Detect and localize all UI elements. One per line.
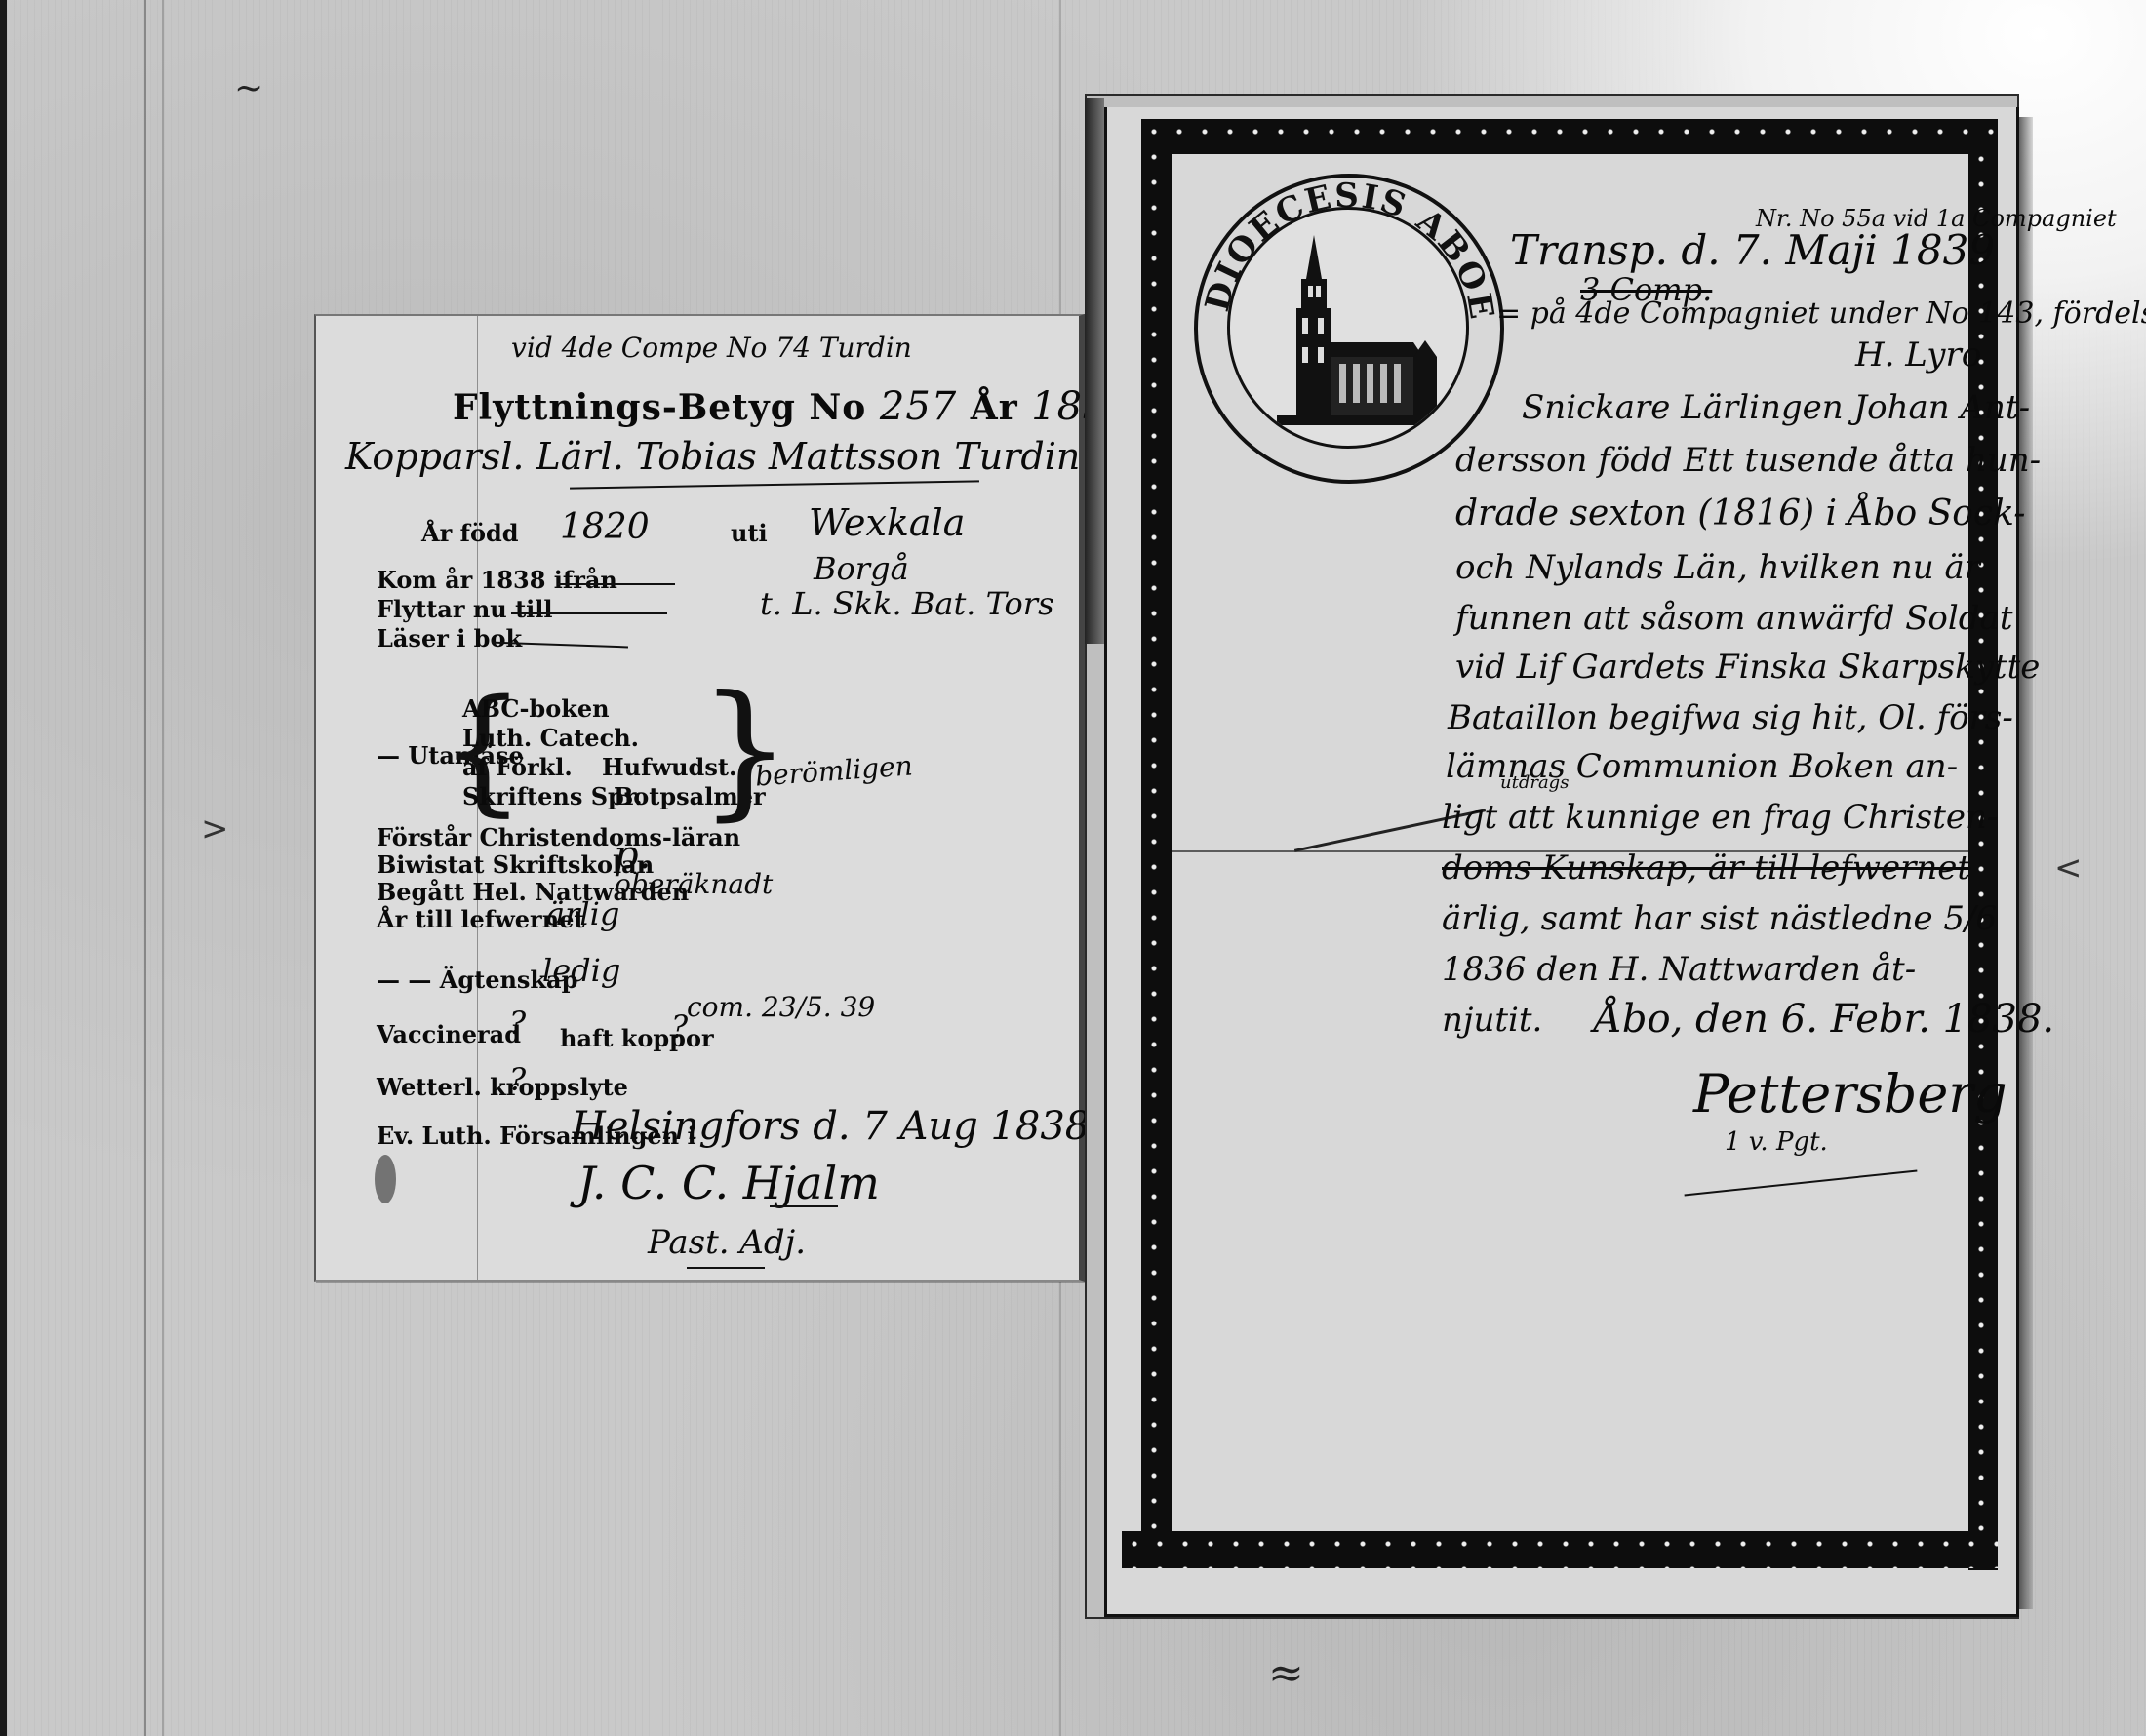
underline (570, 480, 979, 489)
signature-underline (687, 1267, 765, 1269)
signature: J. C. C. Hjalm (577, 1157, 880, 1209)
born-year: 1820 (560, 507, 650, 547)
year-label: År (971, 387, 1018, 428)
fold-line (162, 0, 164, 1736)
communion-note: com. 23/5. 39 (687, 991, 875, 1023)
marital-value: ledig (542, 952, 620, 989)
shadow (1085, 98, 1104, 644)
defect-label: Wetterl. kroppslyte (377, 1073, 628, 1101)
fold-line (144, 0, 146, 1736)
reads-label: Läser i bok (377, 624, 522, 652)
body-line: funnen att såsom anwärfd Soldat (1455, 599, 2012, 638)
seal-center (1227, 207, 1469, 449)
scan-edge (0, 0, 7, 1736)
memorized-item: Luth. Catech. (462, 724, 639, 752)
body-line: 1836 den H. Nattwarden åt- (1442, 950, 1916, 989)
conduct-value: ärlig (546, 895, 619, 932)
ornamental-border-bottom (1122, 1531, 1998, 1568)
annotation-new-company: = på 4de Compagniet under No 143, fördel… (1496, 296, 2146, 331)
vaccinated-label: Vaccinerad (377, 1020, 521, 1048)
diocese-seal: DIOECESIS ABOENSIS. MAGNI PRINC. FINL. (1194, 174, 1504, 484)
body-line: Bataillon begifwa sig hit, Ol. förs- (1448, 698, 2013, 737)
moving-certificate: vid 4de Compe No 74 Turdin Flyttnings-Be… (314, 314, 1085, 1282)
ornamental-border-left (1141, 119, 1172, 1562)
came-from-label: Kom år 1838 ifrån (377, 566, 617, 594)
annotation-initials: H. Lyro (1855, 335, 1981, 375)
body-line: drade sexton (1816) i Åbo Sock- (1455, 493, 2025, 533)
dash-line (558, 583, 675, 585)
ink-stain (375, 1155, 396, 1203)
memorized-item: af Förkl. (462, 753, 573, 781)
certificate-number: 257 (880, 384, 957, 429)
moving-to-label: Flyttar nu till (377, 595, 553, 623)
title-label: Flyttnings-Betyg No (453, 387, 866, 428)
signature-title: 1 v. Pgt. (1725, 1127, 1828, 1157)
signature-title: Past. Adj. (648, 1223, 806, 1262)
understands-label: Förstår Christendoms-läran (377, 823, 740, 851)
born-label: År född (421, 519, 519, 547)
signature: Pettersberg (1693, 1063, 2007, 1124)
dash-line (511, 612, 667, 614)
body-line: njutit. (1442, 1001, 1542, 1040)
place-date: Åbo, den 6. Febr. 1838. (1594, 997, 2054, 1042)
body-line-struck: doms Kunskap, är till lefwernet (1442, 848, 1970, 888)
body-line: ärlig, samt har sist nästledne 5/6 (1442, 899, 1997, 938)
person-name: Kopparsl. Lärl. Tobias Mattsson Turdin (345, 435, 1080, 478)
brace-icon: { (698, 677, 791, 823)
ornamental-border-top (1141, 119, 1998, 154)
vaccinated-value: ? (509, 1005, 526, 1042)
certificate-title: Flyttnings-Betyg No 257 År 1838 (453, 384, 1134, 429)
margin-arrow-right-icon: > (201, 809, 229, 848)
born-place: Wexkala (809, 501, 965, 544)
body-line: Snickare Lärlingen Johan Ant- (1522, 388, 2030, 427)
confirmation-label: Biwistat Skriftskolan (377, 850, 654, 879)
church-icon (1257, 235, 1443, 430)
company-note: vid 4de Compe No 74 Turdin (511, 332, 912, 364)
margin-arrow-left-icon: < (2054, 848, 2083, 888)
inserted-word: utdrags (1500, 772, 1569, 793)
moving-to-value: t. L. Skk. Bat. Tors (760, 585, 1053, 622)
smallpox-label: haft koppor (560, 1024, 714, 1052)
annotation-transfer-date: Transp. d. 7. Maji 1839 (1510, 226, 1995, 274)
communion-value: oberäknadt (615, 868, 773, 900)
came-from-value: Borgå (814, 550, 909, 587)
defect-value: ? (509, 1061, 526, 1098)
memorized-item: ABC-boken (462, 694, 610, 723)
body-line: dersson född Ett tusende åtta hun- (1455, 441, 2041, 480)
parish-place-date: Helsingfors d. 7 Aug 1838. (572, 1104, 1102, 1149)
margin-scribble: ≈ (1268, 1648, 1304, 1698)
margin-scribble: ~ (234, 68, 263, 108)
signature-underline (770, 1205, 838, 1207)
born-place-label: uti (731, 519, 768, 547)
body-line: och Nylands Län, hvilken nu är (1455, 548, 1980, 587)
smallpox-value: ? (671, 1008, 688, 1046)
body-line: vid Lif Gardets Finska Skarpskytte (1455, 648, 2040, 687)
body-line: ligt att kunnige en frag Christen- (1442, 798, 1998, 837)
